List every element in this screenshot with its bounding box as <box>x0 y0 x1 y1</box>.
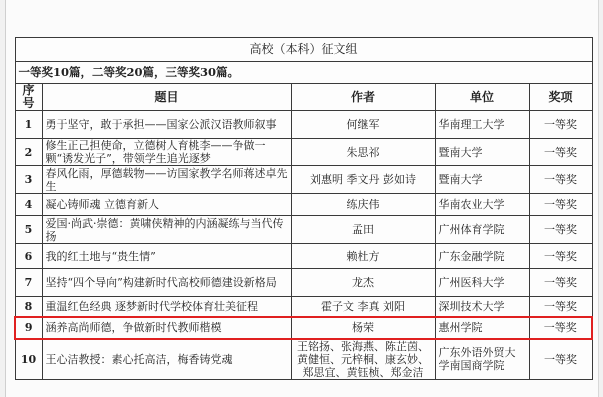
header-unit: 单位 <box>435 84 529 111</box>
row-unit: 广东金融学院 <box>435 244 529 269</box>
row-unit: 广州医科大学 <box>435 269 529 297</box>
row-seq: 9 <box>15 317 42 339</box>
row-unit: 惠州学院 <box>435 317 529 339</box>
row-author: 练庆伟 <box>291 194 435 216</box>
row-author: 王铭扬、张海燕、陈芷茵、黄健恒、元梓桐、康玄妙、郑思宜、黄钰桢、郑金洁 <box>291 339 435 380</box>
row-seq: 2 <box>15 139 42 166</box>
row-prize: 一等奖 <box>529 111 592 139</box>
table-title: 高校（本科）征文组 <box>15 38 592 62</box>
row-prize: 一等奖 <box>529 166 592 194</box>
row-seq: 10 <box>15 339 42 380</box>
row-seq: 7 <box>15 269 42 297</box>
row-unit: 暨南大学 <box>435 139 529 166</box>
row-author: 刘惠明 季文丹 彭如诗 <box>291 166 435 194</box>
header-row: 序号 题目 作者 单位 奖项 <box>15 84 592 111</box>
table-row-highlighted: 9 涵养高尚师德，争做新时代教师楷模 杨荣 惠州学院 一等奖 <box>15 317 592 339</box>
row-author: 霍子文 李真 刘阳 <box>291 297 435 317</box>
row-seq: 4 <box>15 194 42 216</box>
table-row: 3 春风化雨，厚德载物——访国家教学名师蒋述卓先生 刘惠明 季文丹 彭如诗 暨南… <box>15 166 592 194</box>
table-summary-row: 一等奖10篇，二等奖20篇，三等奖30篇。 <box>15 62 592 84</box>
row-seq: 8 <box>15 297 42 317</box>
row-seq: 5 <box>15 216 42 244</box>
row-prize: 一等奖 <box>529 317 592 339</box>
row-topic: 重温红色经典 逐梦新时代学校体育壮美征程 <box>42 297 291 317</box>
row-prize: 一等奖 <box>529 339 592 380</box>
row-topic: 春风化雨，厚德载物——访国家教学名师蒋述卓先生 <box>42 166 291 194</box>
header-prize: 奖项 <box>529 84 592 111</box>
row-unit: 广州体育学院 <box>435 216 529 244</box>
row-unit: 华南农业大学 <box>435 194 529 216</box>
row-prize: 一等奖 <box>529 216 592 244</box>
award-summary: 一等奖10篇，二等奖20篇，三等奖30篇。 <box>15 62 592 84</box>
row-topic: 勇于坚守，敢于承担——国家公派汉语教师叙事 <box>42 111 291 139</box>
row-unit: 暨南大学 <box>435 166 529 194</box>
row-author: 何继军 <box>291 111 435 139</box>
table-row: 1 勇于坚守，敢于承担——国家公派汉语教师叙事 何继军 华南理工大学 一等奖 <box>15 111 592 139</box>
row-unit: 华南理工大学 <box>435 111 529 139</box>
table-row: 8 重温红色经典 逐梦新时代学校体育壮美征程 霍子文 李真 刘阳 深圳技术大学 … <box>15 297 592 317</box>
award-table: 高校（本科）征文组 一等奖10篇，二等奖20篇，三等奖30篇。 序号 题目 作者… <box>14 37 593 380</box>
document-page: 高校（本科）征文组 一等奖10篇，二等奖20篇，三等奖30篇。 序号 题目 作者… <box>5 0 599 397</box>
header-seq: 序号 <box>15 84 42 111</box>
row-topic: 凝心铸师魂 立德育新人 <box>42 194 291 216</box>
row-topic: 坚持“四个导向”构建新时代高校师德建设新格局 <box>42 269 291 297</box>
table-row: 5 爱国·尚武·崇德：黄啸侠精神的内涵凝练与当代传扬 孟田 广州体育学院 一等奖 <box>15 216 592 244</box>
row-author: 赖杜方 <box>291 244 435 269</box>
row-prize: 一等奖 <box>529 139 592 166</box>
row-prize: 一等奖 <box>529 297 592 317</box>
row-author: 杨荣 <box>291 317 435 339</box>
row-unit: 深圳技术大学 <box>435 297 529 317</box>
row-prize: 一等奖 <box>529 269 592 297</box>
row-seq: 3 <box>15 166 42 194</box>
table-row: 6 我的红土地与“贵生情” 赖杜方 广东金融学院 一等奖 <box>15 244 592 269</box>
row-seq: 6 <box>15 244 42 269</box>
row-topic: 涵养高尚师德，争做新时代教师楷模 <box>42 317 291 339</box>
row-topic: 修生正己担使命，立德树人育桃李——争做一颗“诱发光子”，带领学生追光逐梦 <box>42 139 291 166</box>
table-row: 10 王心洁教授：素心托高洁，梅香铸党魂 王铭扬、张海燕、陈芷茵、黄健恒、元梓桐… <box>15 339 592 380</box>
row-author: 朱思祁 <box>291 139 435 166</box>
table-title-row: 高校（本科）征文组 <box>15 38 592 62</box>
row-topic: 我的红土地与“贵生情” <box>42 244 291 269</box>
table-row: 7 坚持“四个导向”构建新时代高校师德建设新格局 龙杰 广州医科大学 一等奖 <box>15 269 592 297</box>
row-prize: 一等奖 <box>529 194 592 216</box>
row-seq: 1 <box>15 111 42 139</box>
row-author: 龙杰 <box>291 269 435 297</box>
header-topic: 题目 <box>42 84 291 111</box>
header-author: 作者 <box>291 84 435 111</box>
row-topic: 爱国·尚武·崇德：黄啸侠精神的内涵凝练与当代传扬 <box>42 216 291 244</box>
row-prize: 一等奖 <box>529 244 592 269</box>
table-row: 4 凝心铸师魂 立德育新人 练庆伟 华南农业大学 一等奖 <box>15 194 592 216</box>
table-row: 2 修生正己担使命，立德树人育桃李——争做一颗“诱发光子”，带领学生追光逐梦 朱… <box>15 139 592 166</box>
row-author: 孟田 <box>291 216 435 244</box>
row-unit: 广东外语外贸大学南国商学院 <box>435 339 529 380</box>
row-topic: 王心洁教授：素心托高洁，梅香铸党魂 <box>42 339 291 380</box>
